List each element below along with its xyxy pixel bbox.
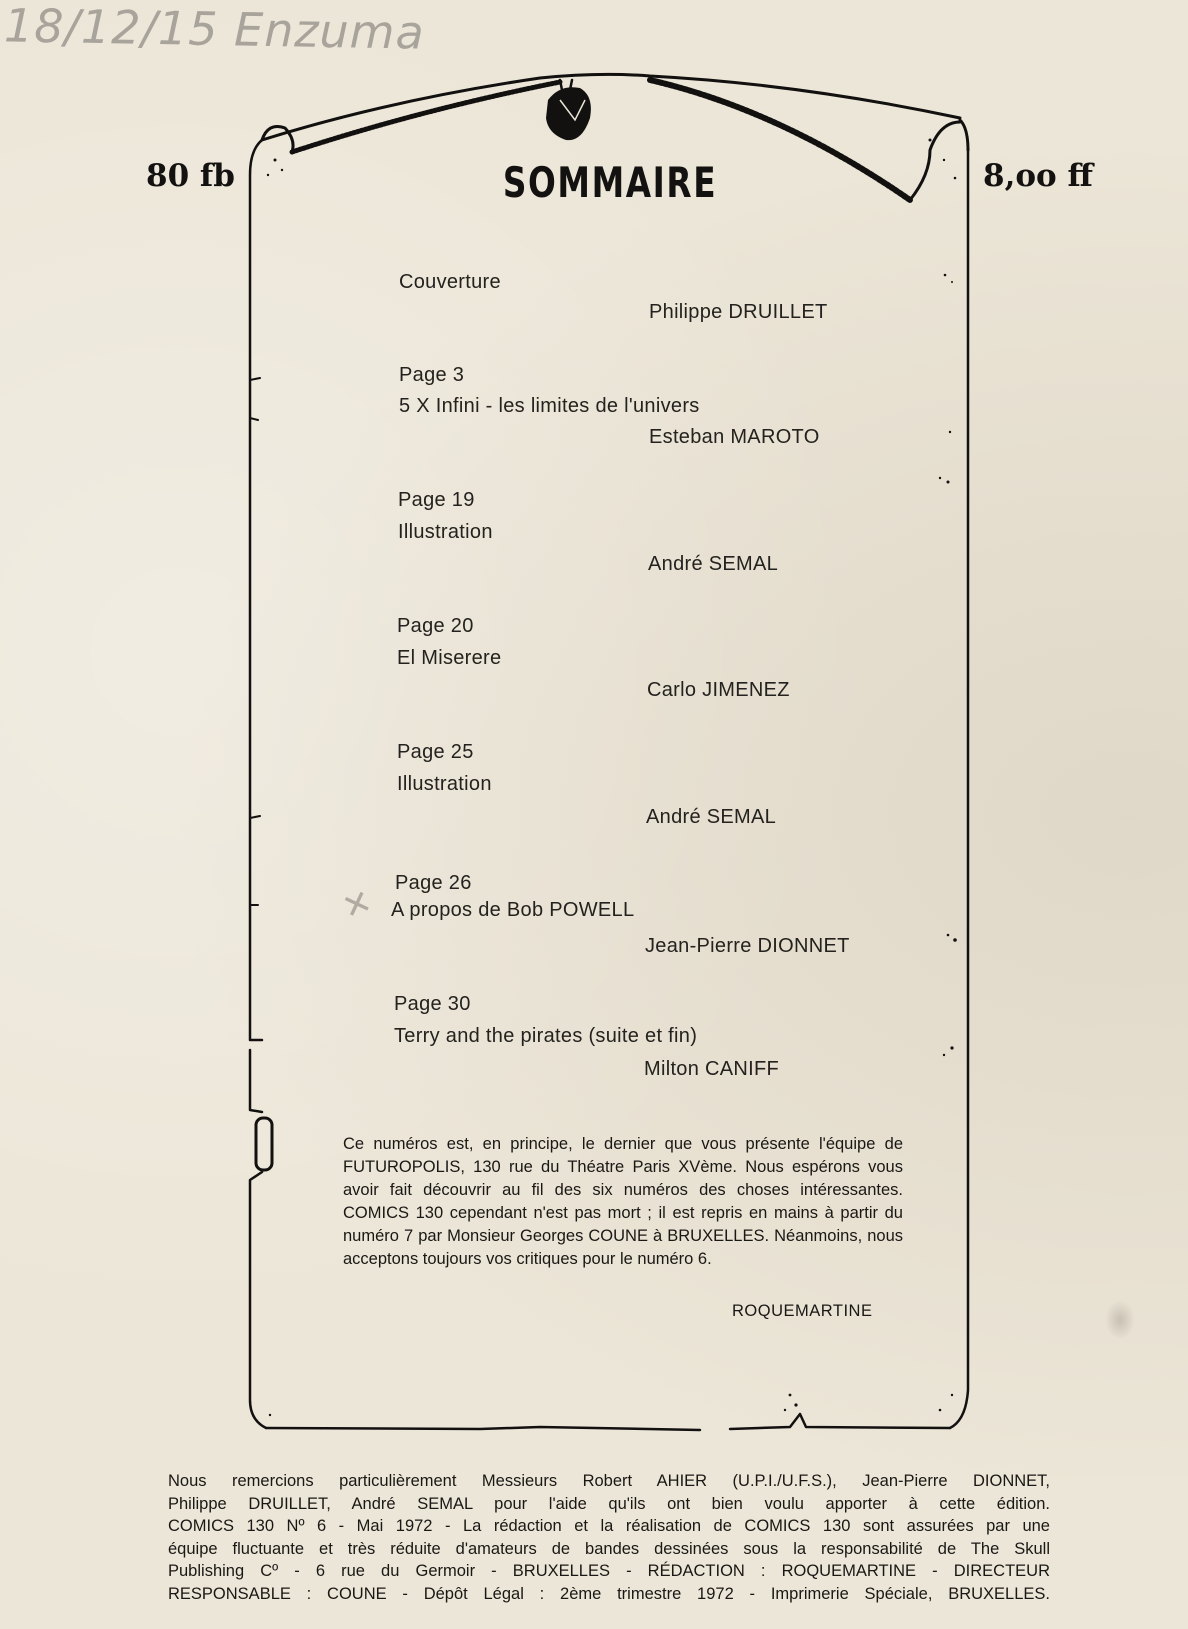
toc-page-label: Page 3 — [399, 364, 464, 387]
toc-author: André SEMAL — [648, 553, 778, 576]
toc-article-title: A propos de Bob POWELL — [391, 899, 634, 922]
toc-page-label: Couverture — [399, 271, 501, 294]
toc-page-label: Page 20 — [397, 615, 474, 638]
note-signature: ROQUEMARTINE — [732, 1302, 872, 1321]
credits-block: Nous remercions particulièrement Messieu… — [168, 1470, 1050, 1605]
toc-author: Jean-Pierre DIONNET — [645, 935, 850, 958]
toc-article-title: Illustration — [398, 521, 493, 544]
toc-author: Esteban MAROTO — [649, 426, 820, 449]
toc-article-title: 5 X Infini - les limites de l'univers — [399, 395, 700, 418]
toc-author: Milton CANIFF — [644, 1058, 779, 1081]
toc-page-label: Page 19 — [398, 489, 475, 512]
toc-page-label: Page 26 — [395, 872, 472, 895]
toc-page-label: Page 30 — [394, 993, 471, 1016]
credits-line: équipe fluctuante et très réduite d'amat… — [168, 1538, 1050, 1561]
toc-author: André SEMAL — [646, 806, 776, 829]
toc-article-title: Terry and the pirates (suite et fin) — [394, 1025, 697, 1048]
credits-line: Philippe DRUILLET, André SEMAL pour l'ai… — [168, 1493, 1050, 1516]
credits-line: COMICS 130 Nº 6 - Mai 1972 - La rédactio… — [168, 1515, 1050, 1538]
toc-article-title: Illustration — [397, 773, 492, 796]
page-title: SOMMAIRE — [134, 158, 1086, 207]
credits-line: RESPONSABLE : COUNE - Dépôt Légal : 2ème… — [168, 1583, 1050, 1606]
toc-author: Philippe DRUILLET — [649, 301, 828, 324]
toc-author: Carlo JIMENEZ — [647, 679, 790, 702]
credits-line: Nous remercions particulièrement Messieu… — [168, 1470, 1050, 1493]
parchment-scroll-frame — [0, 0, 1188, 1629]
ink-smudge — [1105, 1300, 1135, 1340]
credits-line: Publishing Cº - 6 rue du Germoir - BRUXE… — [168, 1560, 1050, 1583]
toc-page-label: Page 25 — [397, 741, 474, 764]
editorial-note: Ce numéros est, en principe, le dernier … — [343, 1133, 903, 1271]
toc-article-title: El Miserere — [397, 647, 501, 670]
